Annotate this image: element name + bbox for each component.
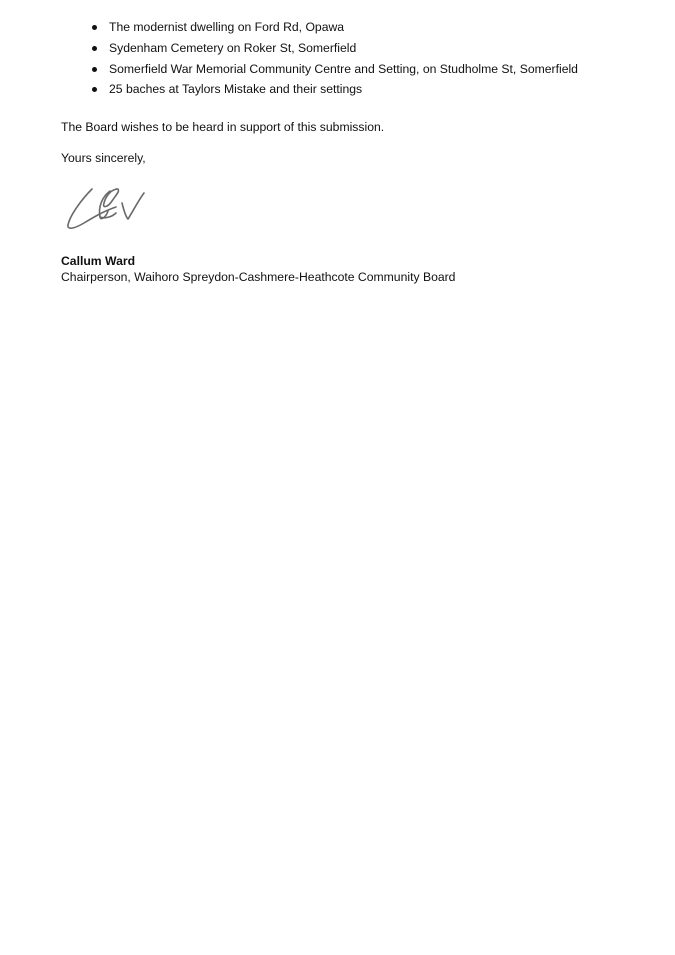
- signatory-title: Chairperson, Waihoro Spreydon-Cashmere-H…: [61, 269, 455, 285]
- bullet-icon: [92, 87, 97, 92]
- bullet-icon: [92, 25, 97, 30]
- signature-icon: [64, 183, 150, 235]
- list-item: Somerfield War Memorial Community Centre…: [61, 59, 578, 80]
- support-statement: The Board wishes to be heard in support …: [61, 119, 384, 135]
- list-item-text: Somerfield War Memorial Community Centre…: [109, 62, 578, 76]
- bullet-icon: [92, 46, 97, 51]
- signatory-name: Callum Ward: [61, 253, 135, 269]
- list-item: The modernist dwelling on Ford Rd, Opawa: [61, 17, 578, 38]
- heritage-items-list: The modernist dwelling on Ford Rd, Opawa…: [61, 17, 578, 100]
- list-item-text: 25 baches at Taylors Mistake and their s…: [109, 82, 362, 96]
- bullet-icon: [92, 67, 97, 72]
- closing-salutation: Yours sincerely,: [61, 150, 146, 166]
- list-item-text: Sydenham Cemetery on Roker St, Somerfiel…: [109, 41, 356, 55]
- list-item: 25 baches at Taylors Mistake and their s…: [61, 79, 578, 100]
- list-item: Sydenham Cemetery on Roker St, Somerfiel…: [61, 38, 578, 59]
- list-item-text: The modernist dwelling on Ford Rd, Opawa: [109, 20, 344, 34]
